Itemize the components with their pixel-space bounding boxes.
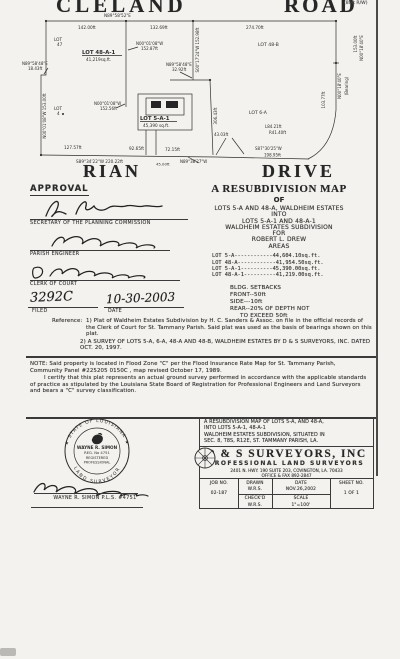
approval-heading: APPROVAL — [30, 184, 89, 196]
date-line — [104, 307, 184, 308]
lot-48a1-area: 41,219sq.ft. — [86, 57, 111, 62]
distance-label: 45.00ft — [156, 162, 170, 167]
drawn-label: DRAWN — [238, 481, 272, 486]
distance-label: 127.57ft — [64, 145, 82, 150]
bearing-label: S87°30'25"W — [255, 146, 282, 151]
signature-parish-engineer — [46, 230, 166, 252]
surveyor-caption-line — [31, 507, 143, 508]
distance-label: 132.69ft — [150, 25, 168, 30]
sheet-value: 1 OF 1 — [330, 491, 373, 496]
reference-label: Reference: — [52, 318, 86, 338]
surveyor-signature-line — [34, 493, 138, 494]
title-block-grid: JOB NO. 02-187 DRAWN W.R.S. CHECK'D W.R.… — [200, 478, 373, 509]
scanned-plat-page: CLELAND ROAD (80ft R/W) N89°58'52"E — [0, 0, 400, 659]
bearing-label: N89°58'52"E — [104, 13, 131, 18]
firm-header: D & S SURVEYORS, INC PROFESSIONAL LAND S… — [200, 446, 373, 478]
project-line: SEC. 8, T8S, R12E, ST. TAMMANY PARISH, L… — [204, 438, 373, 444]
distance-label: 103.77ft — [321, 91, 326, 108]
seal-registered: REGISTERED — [86, 456, 109, 460]
setback-row: BLDG. SETBACKS — [230, 285, 360, 292]
section-divider — [26, 356, 376, 358]
filed-number-handwritten: 3292C — [30, 289, 74, 305]
sheet-label: SHEET NO. — [330, 481, 373, 486]
bearing-label: S00°17'24"W 152.98ft — [195, 27, 200, 72]
firm-name: D & S SURVEYORS, INC — [200, 448, 373, 460]
distance-label: 142.00ft — [78, 25, 96, 30]
map-title-of: OF — [198, 196, 360, 204]
project-description: A RESUBDIVISION MAP OF LOTS 5-A, AND 48-… — [200, 417, 373, 444]
job-no-label: JOB NO. — [200, 481, 238, 486]
corner-markers — [40, 20, 337, 156]
filed-date-handwritten: 10-30-2003 — [106, 290, 176, 306]
distance-label: 43.03ft — [214, 132, 229, 137]
seal-professional: PROFESSIONAL — [84, 461, 111, 465]
street-name-rian: RIAN — [83, 161, 141, 182]
scan-artifact — [0, 648, 16, 656]
distance-label: 92.65ft — [129, 146, 144, 151]
scan-page-edge — [376, 0, 378, 476]
signature-clerk-of-court — [28, 260, 158, 282]
setback-row: SIDE---10ft — [230, 299, 360, 306]
bearing-label: N89°38'27"W — [180, 159, 207, 164]
firm-subtitle: PROFESSIONAL LAND SURVEYORS — [200, 460, 373, 467]
signature-title-parish-engineer: PARISH ENGINEER — [30, 252, 80, 257]
title-areas-heading: AREAS — [198, 244, 360, 250]
right-of-way-note: (80ft R/W) — [344, 1, 368, 6]
street-name-drive: DRIVE — [262, 161, 335, 182]
reference-item-1: 1) Plat of Waldheim Estates Subdivision … — [86, 318, 372, 338]
pelican-icon — [92, 433, 103, 444]
checked-value: W.R.S. — [238, 503, 272, 508]
certification-text: I certify that this plat represents an a… — [30, 375, 368, 395]
lot-5a1-area: 45,390 sq.ft. — [143, 123, 170, 128]
scale-value: 1"=100' — [272, 503, 330, 508]
lot-48b-label: LOT 48-B — [258, 42, 279, 48]
distance-label: 306.43ft — [213, 107, 218, 124]
grid-sub-divider — [238, 494, 330, 495]
reference-block: Reference: 1) Plat of Waldheim Estates S… — [52, 318, 372, 352]
lot-47-number: 47 — [57, 42, 63, 47]
checked-label: CHECK'D — [238, 496, 272, 501]
compass-icon — [193, 446, 217, 470]
signature-title-secretary: SECRETARY OF THE PLANNING COMMISSION — [30, 221, 200, 226]
area-row: LOT 48-A-1----------41,219.00sq.ft. — [212, 272, 360, 278]
note-block: NOTE: Said property is located in Flood … — [30, 361, 368, 395]
lot-48a1-name: LOT 48-A-1 — [82, 50, 116, 56]
map-title: A RESUBDIVISION MAP — [198, 183, 360, 195]
signature-line — [30, 250, 170, 251]
date-label: DATE — [272, 481, 330, 486]
bearing-label: N00°01'08"W 153.00ft — [42, 93, 47, 139]
distance-label: 152.87ft — [141, 46, 158, 51]
leader-lines — [44, 47, 192, 108]
areas-list: LOT 5-A------------44,604.10sq.ft. LOT 4… — [212, 253, 360, 279]
map-title-block: A RESUBDIVISION MAP OF LOTS 5-A AND 48-A… — [198, 183, 360, 320]
bearing-label: N00°18'40"E — [337, 73, 342, 99]
lot-4-number: 4 — [57, 111, 60, 116]
distance-label: 198.95ft — [264, 153, 281, 158]
signature-line — [30, 219, 188, 220]
flood-note: NOTE: Said property is located in Flood … — [30, 361, 368, 374]
lot-6a-label: LOT 6-A — [249, 110, 268, 116]
scale-label: SCALE — [272, 496, 330, 501]
setback-row: REAR--20% OF DEPTH NOT — [230, 306, 360, 313]
seal-surveyor-name: WAYNE R. SIMON — [77, 445, 118, 450]
setback-row: FRONT--50ft — [230, 292, 360, 299]
seal-reg-number: REG. No 4751 — [84, 451, 110, 455]
signature-title-clerk: CLERK OF COURT — [30, 282, 77, 287]
filed-line — [28, 307, 98, 308]
surveyor-name-caption: WAYNE R. SIMON P.L.S. #4751 — [40, 496, 150, 501]
distance-label: 152.56ft — [100, 106, 117, 111]
signature-line — [30, 280, 180, 281]
lot-5a1-name: LOT 5-A-1 — [140, 116, 170, 122]
building-fill-block-2 — [166, 101, 178, 108]
firm-title-block: A RESUBDIVISION MAP OF LOTS 5-A, AND 48-… — [199, 417, 374, 509]
plat-drawing: N89°58'52"E 142.00ft 132.69ft 274.70ft L… — [20, 8, 380, 166]
lot-name-underlines — [82, 56, 177, 122]
distance-label: 153.00ft — [353, 35, 358, 52]
curve-length-label: L84.21ft — [265, 124, 282, 129]
driveway-lines — [146, 130, 156, 155]
bearing-label: N00°18'40"E — [359, 35, 364, 61]
setbacks-list: BLDG. SETBACKS FRONT--50ft SIDE---10ft R… — [230, 285, 360, 320]
drawn-value: W.R.S. — [238, 487, 272, 492]
distance-label: 32.92ft — [172, 67, 187, 72]
distance-label: 72.15ft — [165, 147, 180, 152]
filed-label: FILED — [32, 309, 48, 314]
bearing-note: (Bearing) — [344, 76, 349, 95]
reference-item-2: 2) A SURVEY OF LOTS 5-A, 6-A, 48-A AND 4… — [80, 339, 372, 352]
date-value: NOV.26,2002 — [272, 487, 330, 492]
east-boundary-line — [308, 21, 336, 159]
distance-label: 274.70ft — [246, 25, 264, 30]
building-fill-block-1 — [151, 101, 161, 108]
curve-radius-label: R41.40ft — [269, 130, 287, 135]
date-label: DATE — [108, 309, 122, 314]
job-no-value: 02-187 — [200, 491, 238, 496]
distance-label: 18.43ft — [28, 66, 43, 71]
